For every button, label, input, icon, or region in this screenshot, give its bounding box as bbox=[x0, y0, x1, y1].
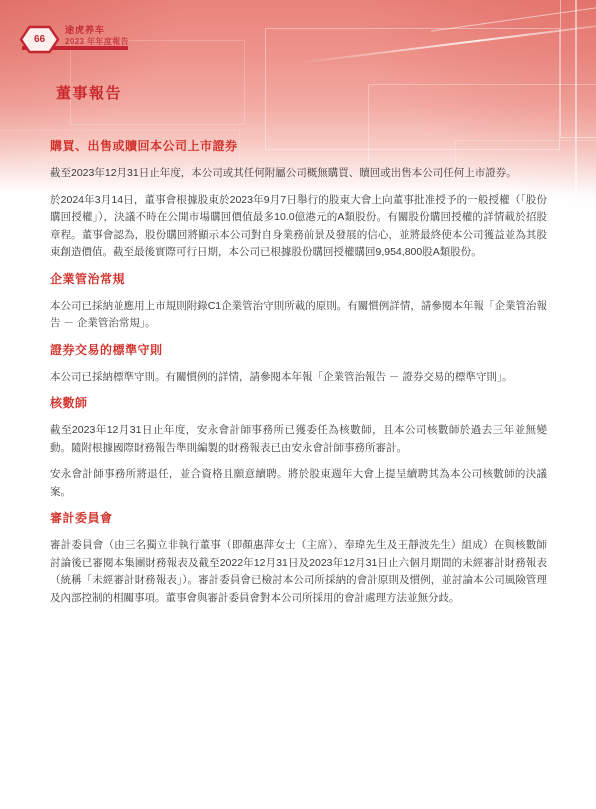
section-audit-committee: 審計委員會 審計委員會（由三名獨立非執行董事（即顏惠萍女士（主席）、奉瑋先生及王… bbox=[50, 510, 547, 607]
page-number: 66 bbox=[19, 25, 60, 53]
page-title: 董事報告 bbox=[56, 82, 122, 103]
section-model-code-securities: 證券交易的標準守則 本公司已採納標準守則。有關慣例的詳情，請參閱本年報「企業管治… bbox=[50, 342, 547, 387]
paragraph: 本公司已採納並應用上市規則附錄C1企業管治守則所載的原則。有關慣例詳情，請參閱本… bbox=[50, 298, 547, 333]
section-heading: 購買、出售或贖回本公司上市證券 bbox=[50, 138, 547, 155]
report-content: 購買、出售或贖回本公司上市證券 截至2023年12月31日止年度，本公司或其任何… bbox=[50, 129, 547, 616]
section-heading: 證券交易的標準守則 bbox=[50, 342, 547, 359]
paragraph: 截至2023年12月31日止年度，本公司或其任何附屬公司概無購買、贖回或出售本公… bbox=[50, 165, 547, 183]
bg-rectangle-outline bbox=[560, 0, 596, 138]
report-page: 66 途虎养车 2023 年年度報告 董事報告 購買、出售或贖回本公司上市證券 … bbox=[0, 0, 596, 809]
paragraph: 本公司已採納標準守則。有關慣例的詳情，請參閱本年報「企業管治報告 － 證券交易的… bbox=[50, 369, 547, 387]
section-corporate-governance: 企業管治常規 本公司已採納並應用上市規則附錄C1企業管治守則所載的原則。有關慣例… bbox=[50, 271, 547, 333]
brand-name: 途虎养车 bbox=[65, 25, 129, 35]
section-heading: 企業管治常規 bbox=[50, 271, 547, 288]
bg-diagonal-line bbox=[431, 1, 596, 31]
paragraph: 於2024年3月14日，董事會根據股東於2023年9月7日舉行的股東大會上向董事… bbox=[50, 192, 547, 262]
paragraph: 安永會計師事務所將退任，並合資格且願意續聘。將於股東週年大會上提呈續聘其為本公司… bbox=[50, 466, 547, 501]
page-number-badge: 66 bbox=[19, 25, 60, 54]
paragraph: 截至2023年12月31日止年度，安永會計師事務所已獲委任為核數師，且本公司核數… bbox=[50, 422, 547, 457]
section-heading: 審計委員會 bbox=[50, 510, 547, 527]
section-purchase-sale-redemption: 購買、出售或贖回本公司上市證券 截至2023年12月31日止年度，本公司或其任何… bbox=[50, 138, 547, 262]
bg-vertical-line bbox=[575, 0, 577, 225]
brand-block: 途虎养车 2023 年年度報告 bbox=[65, 25, 129, 47]
paragraph: 審計委員會（由三名獨立非執行董事（即顏惠萍女士（主席）、奉瑋先生及王靜波先生）組… bbox=[50, 537, 547, 607]
section-heading: 核數師 bbox=[50, 395, 547, 412]
section-auditor: 核數師 截至2023年12月31日止年度，安永會計師事務所已獲委任為核數師，且本… bbox=[50, 395, 547, 501]
report-year-label: 2023 年年度報告 bbox=[65, 37, 129, 46]
bg-diagonal-line bbox=[296, 22, 596, 64]
